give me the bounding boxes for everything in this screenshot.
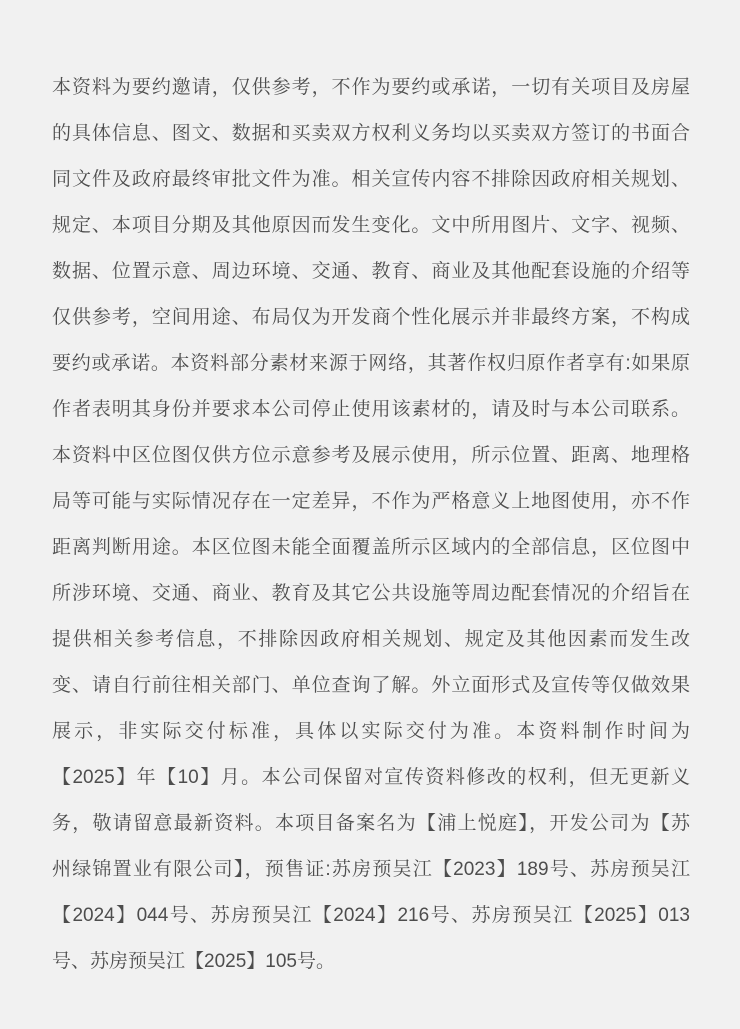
disclaimer-line: 仅供参考，空间用途、布局仅为开发商个性化展示并非最终方案，不构成 xyxy=(52,295,690,341)
disclaimer-line: 本资料为要约邀请，仅供参考，不作为要约或承诺，一切有关项目及房屋 xyxy=(52,65,690,111)
disclaimer-line: 要约或承诺。本资料部分素材来源于网络，其著作权归原作者享有:如果原 xyxy=(52,341,690,387)
disclaimer-line: 的具体信息、图文、数据和买卖双方权利义务均以买卖双方签订的书面合 xyxy=(52,111,690,157)
disclaimer-line: 【2024】044号、苏房预吴江【2024】216号、苏房预吴江【2025】01… xyxy=(52,893,690,939)
disclaimer-line: 【2025】年【10】月。本公司保留对宣传资料修改的权利，但无更新义 xyxy=(52,755,690,801)
disclaimer-line: 规定、本项目分期及其他原因而发生变化。文中所用图片、文字、视频、 xyxy=(52,203,690,249)
disclaimer-line: 局等可能与实际情况存在一定差异，不作为严格意义上地图使用，亦不作 xyxy=(52,479,690,525)
disclaimer-line: 数据、位置示意、周边环境、交通、教育、商业及其他配套设施的介绍等 xyxy=(52,249,690,295)
disclaimer-line: 号、苏房预吴江【2025】105号。 xyxy=(52,939,690,985)
disclaimer-line: 所涉环境、交通、商业、教育及其它公共设施等周边配套情况的介绍旨在 xyxy=(52,571,690,617)
disclaimer-line: 务，敬请留意最新资料。本项目备案名为【浦上悦庭】，开发公司为【苏 xyxy=(52,801,690,847)
disclaimer-line: 提供相关参考信息，不排除因政府相关规划、规定及其他因素而发生改 xyxy=(52,617,690,663)
disclaimer-line: 同文件及政府最终审批文件为准。相关宣传内容不排除因政府相关规划、 xyxy=(52,157,690,203)
page: { "disclaimer": { "background_color": "#… xyxy=(0,0,740,1029)
disclaimer-line: 距离判断用途。本区位图未能全面覆盖所示区域内的全部信息，区位图中 xyxy=(52,525,690,571)
disclaimer-line: 州绿锦置业有限公司】，预售证:苏房预吴江【2023】189号、苏房预吴江 xyxy=(52,847,690,893)
disclaimer-line: 本资料中区位图仅供方位示意参考及展示使用，所示位置、距离、地理格 xyxy=(52,433,690,479)
disclaimer-line: 展示，非实际交付标准，具体以实际交付为准。本资料制作时间为 xyxy=(52,709,690,755)
disclaimer-line: 变、请自行前往相关部门、单位查询了解。外立面形式及宣传等仅做效果 xyxy=(52,663,690,709)
disclaimer-line: 作者表明其身份并要求本公司停止使用该素材的，请及时与本公司联系。 xyxy=(52,387,690,433)
disclaimer-text: 本资料为要约邀请，仅供参考，不作为要约或承诺，一切有关项目及房屋 的具体信息、图… xyxy=(52,65,690,985)
